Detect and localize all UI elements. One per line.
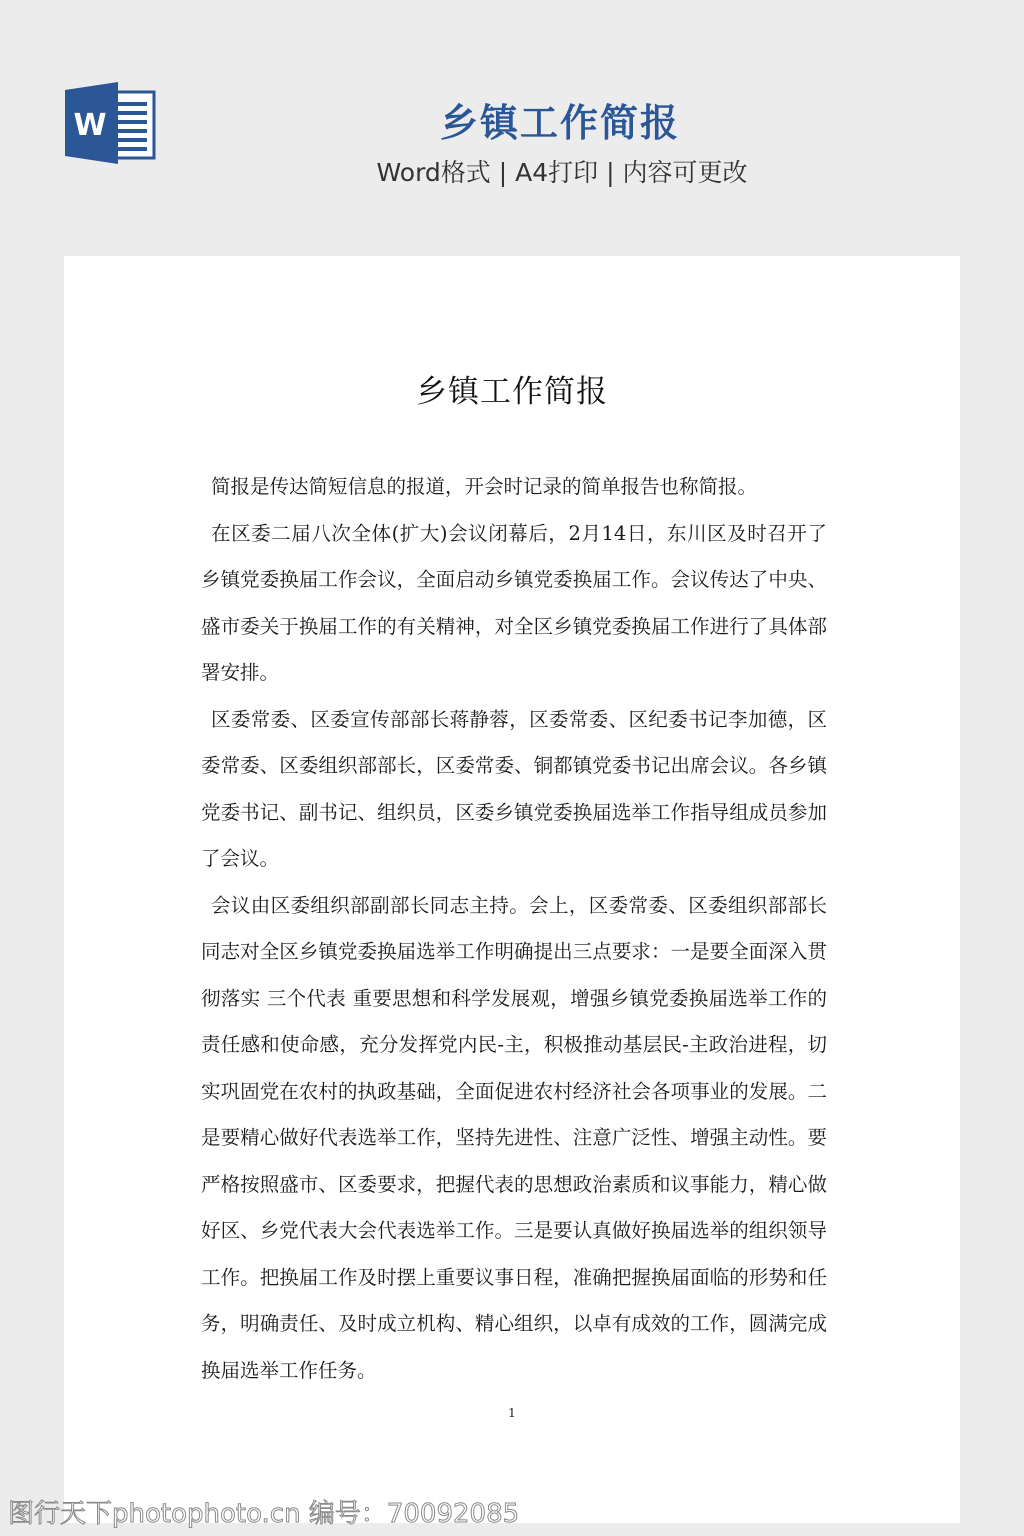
paragraph: 区委常委、区委宣传部部长蒋静蓉，区委常委、区纪委书记李加德，区委常委、区委组织部… xyxy=(201,697,827,883)
watermark: 图行天下photophoto.cn 编号：70092085 xyxy=(8,1493,519,1530)
header-title: 乡镇工作简报 xyxy=(0,92,1024,147)
document-page: 乡镇工作简报 简报是传达简短信息的报道，开会时记录的简单报告也称简报。 在区委二… xyxy=(64,256,960,1523)
header-subtitle: Word格式 | A4打印 | 内容可更改 xyxy=(0,153,1024,189)
paragraph: 简报是传达简短信息的报道，开会时记录的简单报告也称简报。 xyxy=(201,464,827,511)
paragraph: 在区委二届八次全体(扩大)会议闭幕后，2月14日，东川区及时召开了乡镇党委换届工… xyxy=(201,511,827,697)
paragraph: 会议由区委组织部副部长同志主持。会上，区委常委、区委组织部部长同志对全区乡镇党委… xyxy=(201,883,827,1395)
document-body: 简报是传达简短信息的报道，开会时记录的简单报告也称简报。 在区委二届八次全体(扩… xyxy=(201,464,827,1394)
document-title: 乡镇工作简报 xyxy=(64,366,960,411)
page-number: 1 xyxy=(64,1406,960,1420)
